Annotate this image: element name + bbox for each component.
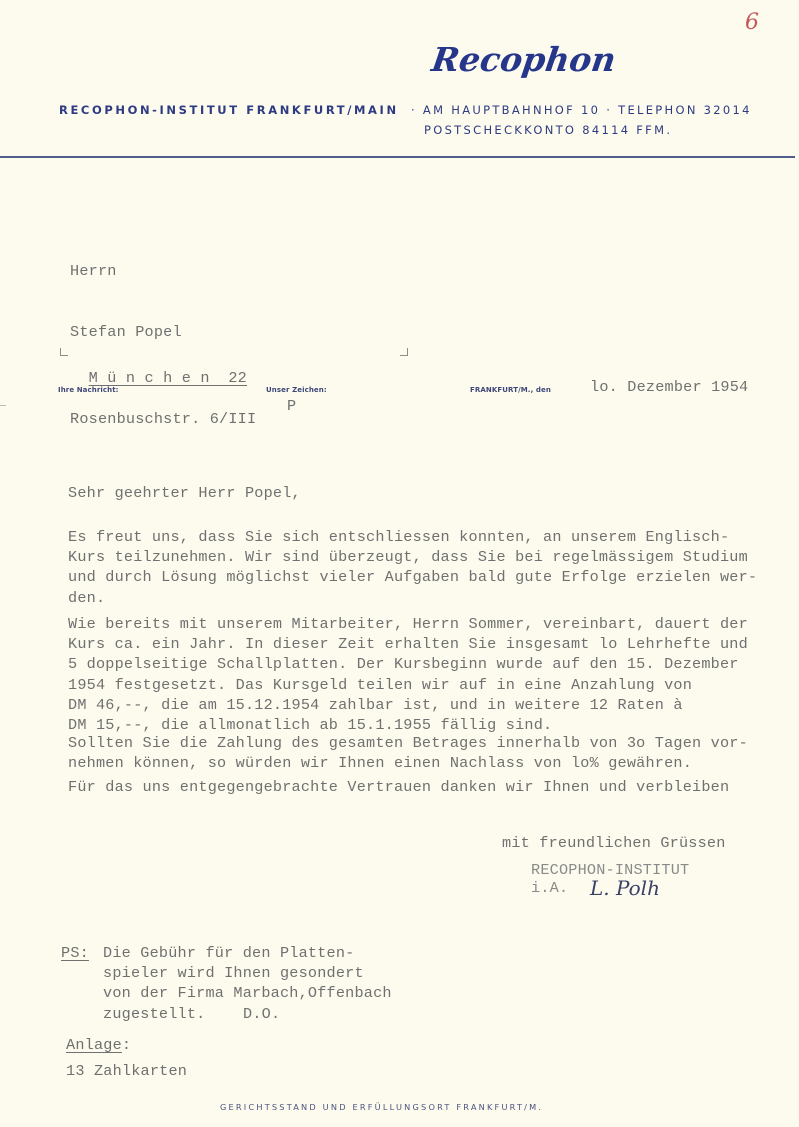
enclosure-label: Anlage	[66, 1036, 122, 1054]
window-corner-mark-left	[60, 348, 68, 356]
letterhead-account: POSTSCHECKKONTO 84114 FFM.	[424, 123, 672, 137]
recipient-name: Stefan Popel	[70, 322, 256, 342]
letter-salutation: Sehr geehrter Herr Popel,	[68, 483, 301, 503]
postscript-initials: D.O.	[243, 1004, 280, 1024]
body-paragraph: Es freut uns, dass Sie sich entschliesse…	[68, 527, 768, 608]
label-place-date: FRANKFURT/M., den	[470, 386, 551, 394]
letterhead-footer: GERICHTSSTAND UND ERFÜLLUNGSORT FRANKFUR…	[220, 1102, 543, 1112]
postscript-label: PS:	[61, 943, 89, 963]
label-ihre-nachricht: Ihre Nachricht:	[58, 386, 119, 394]
margin-mark	[0, 405, 6, 406]
signature-prefix: i.A.	[531, 878, 568, 898]
label-unser-zeichen: Unser Zeichen:	[266, 386, 327, 394]
body-paragraph: Wie bereits mit unserem Mitarbeiter, Her…	[68, 614, 768, 735]
letter-closing: mit freundlichen Grüssen	[502, 833, 726, 853]
window-corner-mark-right	[400, 348, 408, 356]
company-logo: Recophon	[429, 40, 618, 79]
value-unser-zeichen: P	[287, 396, 296, 416]
recipient-address: Herrn Stefan Popel M ü n c h e n 22 Rose…	[70, 221, 256, 449]
recipient-street: Rosenbuschstr. 6/III	[70, 409, 256, 429]
body-paragraph: Für das uns entgegengebrachte Vertrauen …	[68, 777, 768, 797]
letter-date: lo. Dezember 1954	[590, 377, 748, 397]
header-divider	[0, 156, 795, 158]
letterhead-institute: RECOPHON-INSTITUT FRANKFURT/MAIN	[59, 103, 399, 117]
recipient-title: Herrn	[70, 261, 256, 281]
letterhead-address: · AM HAUPTBAHNHOF 10 · TELEPHON 32014	[411, 103, 752, 117]
enclosure-colon: :	[122, 1036, 131, 1054]
enclosure-value: 13 Zahlkarten	[66, 1061, 187, 1081]
enclosure-heading: Anlage:	[66, 1035, 131, 1055]
page-number-annotation: 6	[745, 10, 759, 35]
handwritten-signature: L. Polh	[590, 876, 660, 900]
body-paragraph: Sollten Sie die Zahlung des gesamten Bet…	[68, 733, 768, 773]
